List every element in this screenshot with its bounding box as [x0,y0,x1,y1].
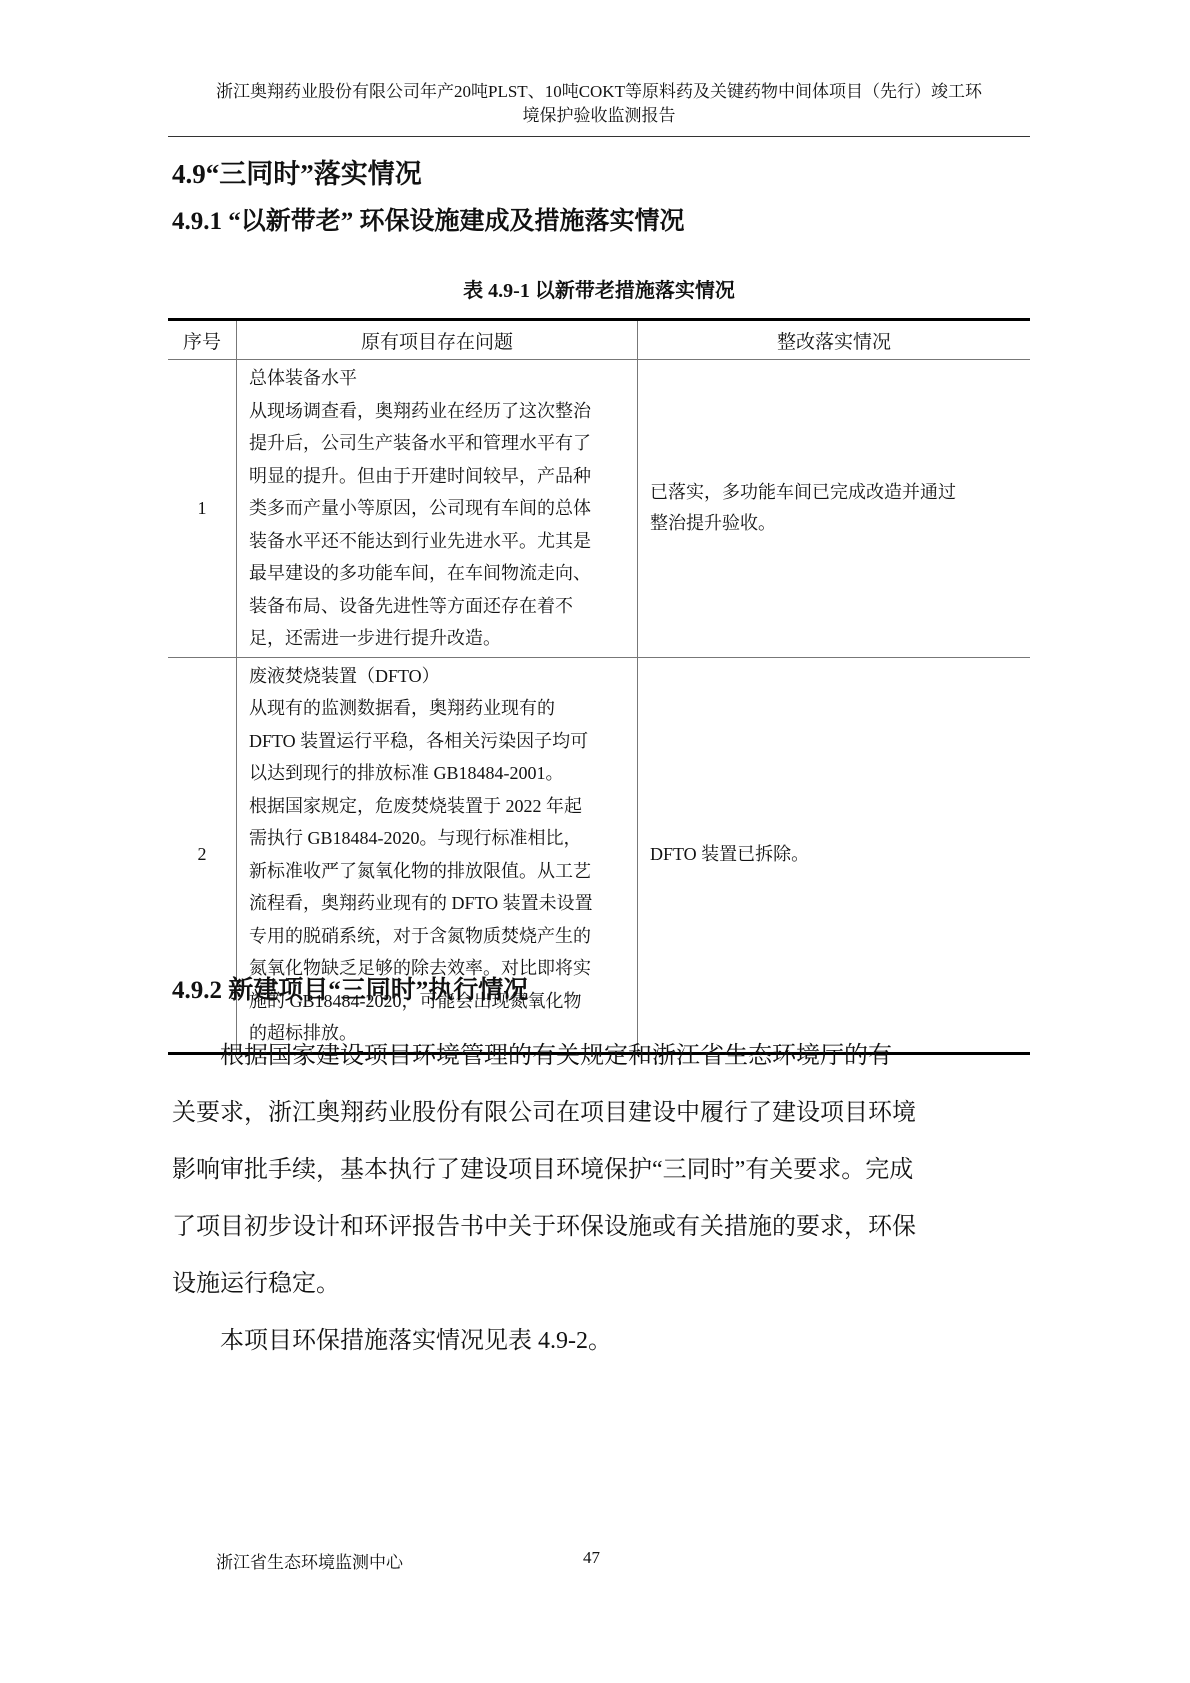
page-number: 47 [583,1548,600,1568]
paragraph-line: 了项目初步设计和环评报告书中关于环保设施或有关措施的要求，环保 [172,1199,1030,1256]
issue-line: 根据国家规定，危废焚烧装置于 2022 年起 [249,790,627,823]
issue-line: 足，还需进一步进行提升改造。 [249,622,627,655]
paragraph-line: 关要求，浙江奥翔药业股份有限公司在项目建设中履行了建设项目环境 [172,1085,1030,1142]
issue-line: 类多而产量小等原因，公司现有车间的总体 [249,492,627,525]
column-header-number: 序号 [168,320,237,360]
subsection-title-2: 4.9.2 新建项目“三同时”执行情况 [172,974,528,1008]
fix-line: DFTO 装置已拆除。 [650,839,1020,870]
paragraph-line: 设施运行稳定。 [172,1256,1030,1313]
fix-cell: DFTO 装置已拆除。 [638,657,1031,1053]
issue-line: 从现有的监测数据看，奥翔药业现有的 [249,692,627,725]
issue-line: 废液焚烧装置（DFTO） [249,660,627,693]
measures-table: 序号 原有项目存在问题 整改落实情况 1 总体装备水平 从现场调查看，奥翔药业在… [168,318,1030,1055]
column-header-fix: 整改落实情况 [638,320,1031,360]
fix-line: 已落实，多功能车间已完成改造并通过 [650,477,1020,508]
table-header-row: 序号 原有项目存在问题 整改落实情况 [168,320,1030,360]
issue-line: 专用的脱硝系统，对于含氮物质焚烧产生的 [249,920,627,953]
issue-line: 提升后，公司生产装备水平和管理水平有了 [249,427,627,460]
issue-line: 最早建设的多功能车间，在车间物流走向、 [249,557,627,590]
table-caption: 表 4.9-1 以新带老措施落实情况 [168,278,1030,304]
issue-line: 装备水平还不能达到行业先进水平。尤其是 [249,525,627,558]
body-paragraph-2: 本项目环保措施落实情况见表 4.9-2。 [172,1313,1030,1370]
footer-organization: 浙江省生态环境监测中心 [216,1548,403,1573]
header-divider [168,136,1030,137]
issue-line: 从现场调查看，奥翔药业在经历了这次整治 [249,395,627,428]
issue-line: 新标准收严了氮氧化物的排放限值。从工艺 [249,855,627,888]
fix-line: 整治提升验收。 [650,508,1020,539]
issue-line: 总体装备水平 [249,362,627,395]
body-paragraph-1: 根据国家建设项目环境管理的有关规定和浙江省生态环境厅的有 关要求，浙江奥翔药业股… [172,1028,1030,1313]
fix-cell: 已落实，多功能车间已完成改造并通过 整治提升验收。 [638,360,1031,658]
header-line-2: 境保护验收监测报告 [168,104,1030,128]
issue-line: 需执行 GB18484-2020。与现行标准相比， [249,822,627,855]
issue-line: 明显的提升。但由于开建时间较早，产品种 [249,460,627,493]
row-number: 1 [168,360,237,658]
issue-line: 流程看，奥翔药业现有的 DFTO 装置未设置 [249,887,627,920]
paragraph-line: 根据国家建设项目环境管理的有关规定和浙江省生态环境厅的有 [172,1028,1030,1085]
table-row: 1 总体装备水平 从现场调查看，奥翔药业在经历了这次整治 提升后，公司生产装备水… [168,360,1030,658]
issue-cell: 总体装备水平 从现场调查看，奥翔药业在经历了这次整治 提升后，公司生产装备水平和… [237,360,638,658]
issue-line: DFTO 装置运行平稳，各相关污染因子均可 [249,725,627,758]
issue-line: 以达到现行的排放标准 GB18484-2001。 [249,757,627,790]
column-header-issue: 原有项目存在问题 [237,320,638,360]
section-title: 4.9“三同时”落实情况 [172,156,422,192]
header-line-1: 浙江奥翔药业股份有限公司年产20吨PLST、10吨COKT等原料药及关键药物中间… [168,80,1030,104]
page-header: 浙江奥翔药业股份有限公司年产20吨PLST、10吨COKT等原料药及关键药物中间… [168,80,1030,128]
paragraph-line: 影响审批手续，基本执行了建设项目环境保护“三同时”有关要求。完成 [172,1142,1030,1199]
issue-line: 装备布局、设备先进性等方面还存在着不 [249,590,627,623]
subsection-title-1: 4.9.1 “以新带老” 环保设施建成及措施落实情况 [172,205,685,239]
